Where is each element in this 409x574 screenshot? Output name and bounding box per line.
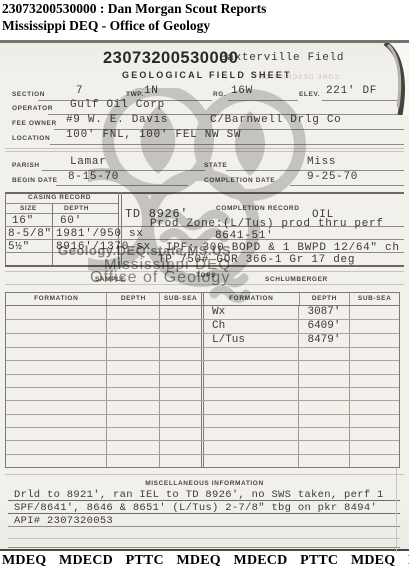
tops-cell-ls [160, 441, 204, 453]
tops-table-row [6, 455, 399, 467]
tops-table-row: Wx3087' [6, 306, 399, 320]
tops-table-row: Ch6409' [6, 320, 399, 334]
tops-cell-rf: Ch [204, 320, 299, 333]
tops-cell-lf [6, 361, 107, 373]
page-subtitle: Mississippi DEQ - Office of Geology [2, 18, 210, 34]
field-name: Baxterville Field [220, 52, 344, 64]
tops-cell-ls [160, 428, 204, 440]
casing-size-3: 5½" [8, 241, 30, 253]
tops-table-row [6, 401, 399, 414]
tops-cell-rd [299, 361, 350, 373]
misc-line-3: API# 2307320053 [14, 515, 113, 527]
tops-cell-lf [6, 455, 107, 467]
tops-cell-lf [6, 388, 107, 400]
tops-table: FORMATION DEPTH SUB-SEA FORMATION DEPTH … [5, 292, 400, 468]
tops-cell-rd [299, 348, 350, 360]
casing-record-title: CASING RECORD [28, 194, 91, 201]
tops-cell-rf [204, 375, 299, 387]
tops-cell-ld [107, 415, 160, 427]
tops-cell-rd [299, 388, 350, 400]
tops-cell-ld [107, 320, 160, 333]
casing-size-col: SIZE [20, 205, 37, 212]
tops-cell-rd [299, 375, 350, 387]
tops-cell-ld [107, 401, 160, 413]
operator-label: OPERATOR [12, 105, 53, 112]
tops-cell-lf [6, 334, 107, 347]
tops-table-row [6, 441, 399, 454]
tops-cell-lf [6, 441, 107, 453]
casing-size-2: 8-5/8" [8, 228, 52, 240]
tops-table-row [6, 415, 399, 428]
tops-cell-rf [204, 361, 299, 373]
tops-table-row: L/Tus8479' [6, 334, 399, 348]
tops-cell-rf: L/Tus [204, 334, 299, 347]
well-id-number: 23073200530000 [103, 49, 238, 68]
misc-line-2: SPF/8641', 8646 & 8651' (L/Tus) 2-7/8" t… [14, 502, 377, 514]
tops-cell-rs [350, 375, 399, 387]
tops-cell-rf [204, 428, 299, 440]
tops-cell-rs [350, 455, 399, 467]
tops-cell-rs [350, 334, 399, 347]
tops-cell-rs [350, 428, 399, 440]
tops-cell-ls [160, 401, 204, 413]
tops-cell-lf [6, 428, 107, 440]
section-label: SECTION [12, 91, 45, 98]
tops-cell-ls [160, 388, 204, 400]
elev-value: 221' DF [326, 85, 377, 97]
tops-cell-lf [6, 401, 107, 413]
fee-owner-label: FEE OWNER [12, 120, 57, 127]
tops-cell-ls [160, 320, 204, 333]
col-subsea-right: SUB-SEA [350, 293, 399, 305]
tops-table-row [6, 375, 399, 388]
tops-table-row [6, 348, 399, 361]
tops-cell-lf [6, 375, 107, 387]
tops-cell-lf [6, 320, 107, 333]
scanned-field-sheet: Geology.DEQ.state.MS.US Mississippi DEQ … [0, 40, 409, 551]
tops-cell-ls [160, 375, 204, 387]
tops-cell-rd: 8479' [299, 334, 350, 347]
tops-cell-rd: 6409' [299, 320, 350, 333]
tops-table-row [6, 388, 399, 401]
tops-cell-rf [204, 348, 299, 360]
tops-cell-ls [160, 348, 204, 360]
tops-cell-ls [160, 455, 204, 467]
tops-cell-ld [107, 455, 160, 467]
misc-info-title: MISCELLANEOUS INFORMATION [0, 480, 409, 487]
tops-cell-ld [107, 428, 160, 440]
scout-report-page: 23073200530000 : Dan Morgan Scout Report… [0, 0, 409, 574]
tops-cell-rs [350, 320, 399, 333]
tops-cell-rf [204, 455, 299, 467]
begin-date-label: BEGIN DATE [12, 177, 58, 184]
page-title: 23073200530000 : Dan Morgan Scout Report… [2, 1, 266, 17]
footer-links: MDEQ MDECD PTTC MDEQ MDECD PTTC MDEQ MDE… [2, 553, 409, 569]
tops-cell-rs [350, 415, 399, 427]
tops-cell-rs [350, 361, 399, 373]
tops-cell-rd [299, 415, 350, 427]
tops-cell-ld [107, 361, 160, 373]
tops-cell-rs [350, 348, 399, 360]
tops-cell-ls [160, 415, 204, 427]
casing-depth-1: 60' [60, 215, 82, 227]
tops-cell-ld [107, 334, 160, 347]
casing-depth-col: DEPTH [64, 205, 89, 212]
sheet-title: GEOLOGICAL FIELD SHEET [122, 70, 292, 80]
parish-label: PARISH [12, 162, 40, 169]
tops-cell-ld [107, 441, 160, 453]
tops-cell-rs [350, 401, 399, 413]
tops-cell-rs [350, 441, 399, 453]
tops-cell-ld [107, 375, 160, 387]
location-label: LOCATION [12, 135, 50, 142]
tops-cell-rs [350, 306, 399, 319]
tops-cell-rd [299, 401, 350, 413]
tops-cell-rf [204, 415, 299, 427]
section-value: 7 [76, 85, 83, 97]
tops-cell-lf [6, 415, 107, 427]
tops-cell-rs [350, 388, 399, 400]
tops-cell-rf [204, 388, 299, 400]
tops-cell-ld [107, 388, 160, 400]
tops-cell-rf [204, 441, 299, 453]
tops-cell-ls [160, 361, 204, 373]
watermark-office-text: Office of Geology [90, 269, 230, 287]
tops-cell-rf [204, 401, 299, 413]
tops-cell-rd [299, 441, 350, 453]
tops-cell-rd [299, 428, 350, 440]
tops-cell-lf [6, 348, 107, 360]
tops-table-row [6, 428, 399, 441]
tops-cell-ls [160, 334, 204, 347]
tops-table-row [6, 361, 399, 374]
misc-line-1: Drld to 8921', ran IEL to TD 8926', no S… [14, 489, 384, 501]
casing-size-1: 16" [12, 215, 34, 227]
page-curl [379, 43, 409, 115]
tops-cell-ld [107, 348, 160, 360]
tops-cell-rd [299, 455, 350, 467]
